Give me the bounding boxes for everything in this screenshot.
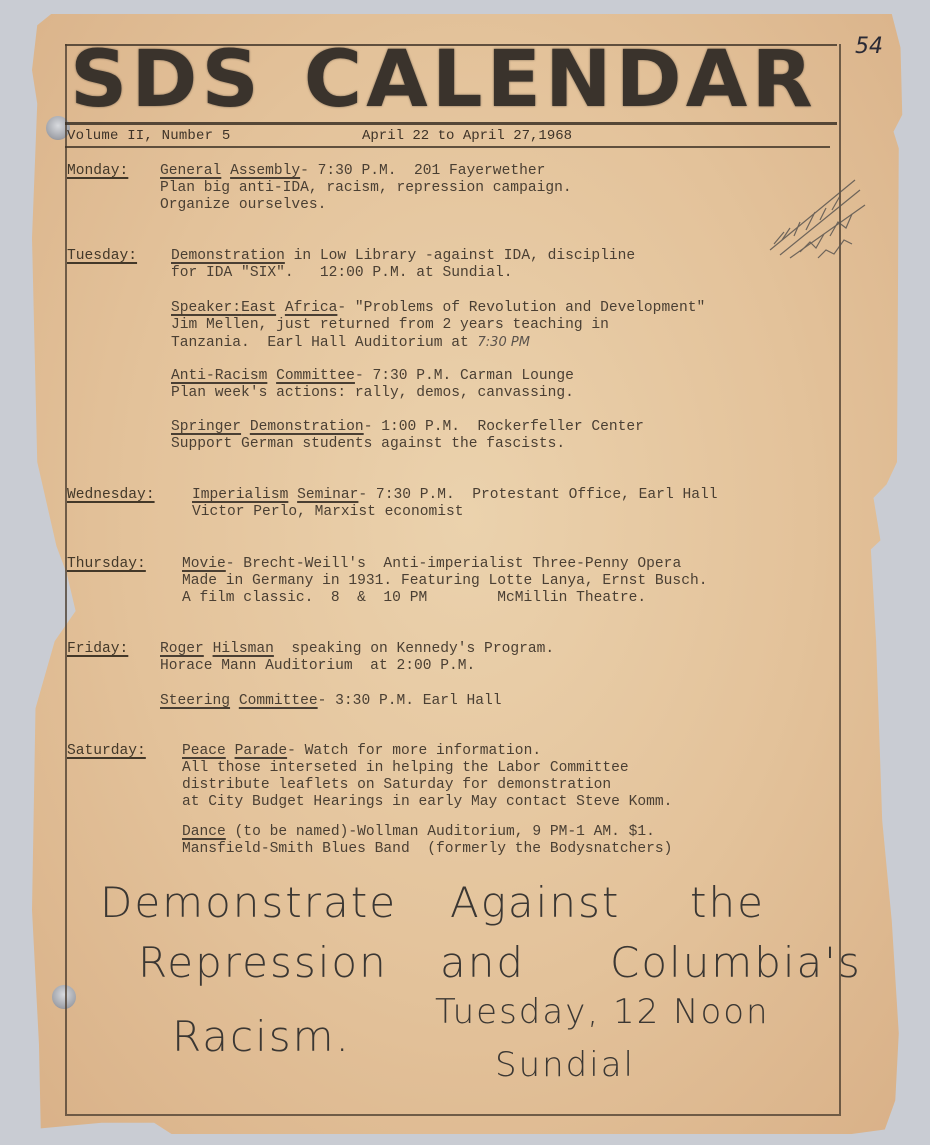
event-movie-three-penny-opera: Movie- Brecht-Weill's Anti-imperialist T…	[182, 556, 681, 573]
day-label-wednesday: Wednesday:	[67, 487, 155, 503]
handwritten-against: Against	[450, 878, 620, 927]
handwritten-time: 7:30 PM	[478, 335, 530, 350]
title-calendar: CALENDAR	[304, 35, 817, 125]
event-line: Victor Perlo, Marxist economist	[192, 504, 464, 521]
event-general-assembly: General Assembly- 7:30 P.M. 201 Fayerwet…	[160, 163, 545, 180]
event-line: Made in Germany in 1931. Featuring Lotte…	[182, 573, 707, 590]
handwritten-the: the	[690, 878, 765, 927]
title-sds: SDS	[70, 35, 263, 125]
handwritten-columbias: Columbia's	[610, 938, 862, 987]
handwritten-tuesday-noon: Tuesday, 12 Noon	[435, 992, 770, 1032]
volume-number: Volume II, Number 5	[67, 128, 230, 144]
event-line: Horace Mann Auditorium at 2:00 P.M.	[160, 658, 475, 675]
event-roger-hilsman: Roger Hilsman speaking on Kennedy's Prog…	[160, 641, 554, 658]
header-rule	[65, 146, 830, 148]
event-springer-demonstration: Springer Demonstration- 1:00 P.M. Rocker…	[171, 419, 644, 436]
date-range: April 22 to April 27,1968	[362, 128, 572, 144]
handwritten-sundial: Sundial	[495, 1045, 635, 1085]
event-line: Tanzania. Earl Hall Auditorium at 7:30 P…	[171, 334, 530, 352]
day-label-thursday: Thursday:	[67, 556, 146, 572]
event-peace-parade: Peace Parade- Watch for more information…	[182, 743, 541, 760]
event-dance: Dance (to be named)-Wollman Auditorium, …	[182, 824, 655, 841]
event-line: at City Budget Hearings in early May con…	[182, 794, 672, 811]
day-label-friday: Friday:	[67, 641, 128, 657]
day-label-saturday: Saturday:	[67, 743, 146, 759]
event-demonstration-low-library: Demonstration in Low Library -against ID…	[171, 248, 635, 265]
page-number: 54	[855, 34, 883, 59]
handwritten-racism: Racism.	[172, 1012, 351, 1061]
event-line: distribute leaflets on Saturday for demo…	[182, 777, 611, 794]
handwritten-repression: Repression	[138, 938, 388, 987]
event-line: for IDA "SIX". 12:00 P.M. at Sundial.	[171, 265, 513, 282]
event-line: Organize ourselves.	[160, 197, 326, 214]
event-imperialism-seminar: Imperialism Seminar- 7:30 P.M. Protestan…	[192, 487, 718, 504]
handwritten-demonstrate: Demonstrate	[100, 878, 397, 927]
event-line: Support German students against the fasc…	[171, 436, 565, 453]
calendar-title: SDSCALENDAR	[70, 40, 845, 120]
event-speaker-east-africa: Speaker:East Africa- "Problems of Revolu…	[171, 300, 705, 317]
event-line: Jim Mellen, just returned from 2 years t…	[171, 317, 609, 334]
day-label-monday: Monday:	[67, 163, 128, 179]
event-steering-committee: Steering Committee- 3:30 P.M. Earl Hall	[160, 693, 502, 710]
event-line: All those interseted in helping the Labo…	[182, 760, 629, 777]
event-line: Plan week's actions: rally, demos, canva…	[171, 385, 574, 402]
event-line: A film classic. 8 & 10 PM McMillin Theat…	[182, 590, 646, 607]
margin-scribble-annotation: Hold leaflet / Mark up date / Sundial	[760, 170, 870, 260]
day-label-tuesday: Tuesday:	[67, 248, 137, 264]
event-line: Mansfield-Smith Blues Band (formerly the…	[182, 841, 672, 858]
handwritten-and: and	[440, 938, 525, 987]
event-line: Plan big anti-IDA, racism, repression ca…	[160, 180, 572, 197]
event-anti-racism-committee: Anti-Racism Committee- 7:30 P.M. Carman …	[171, 368, 574, 385]
